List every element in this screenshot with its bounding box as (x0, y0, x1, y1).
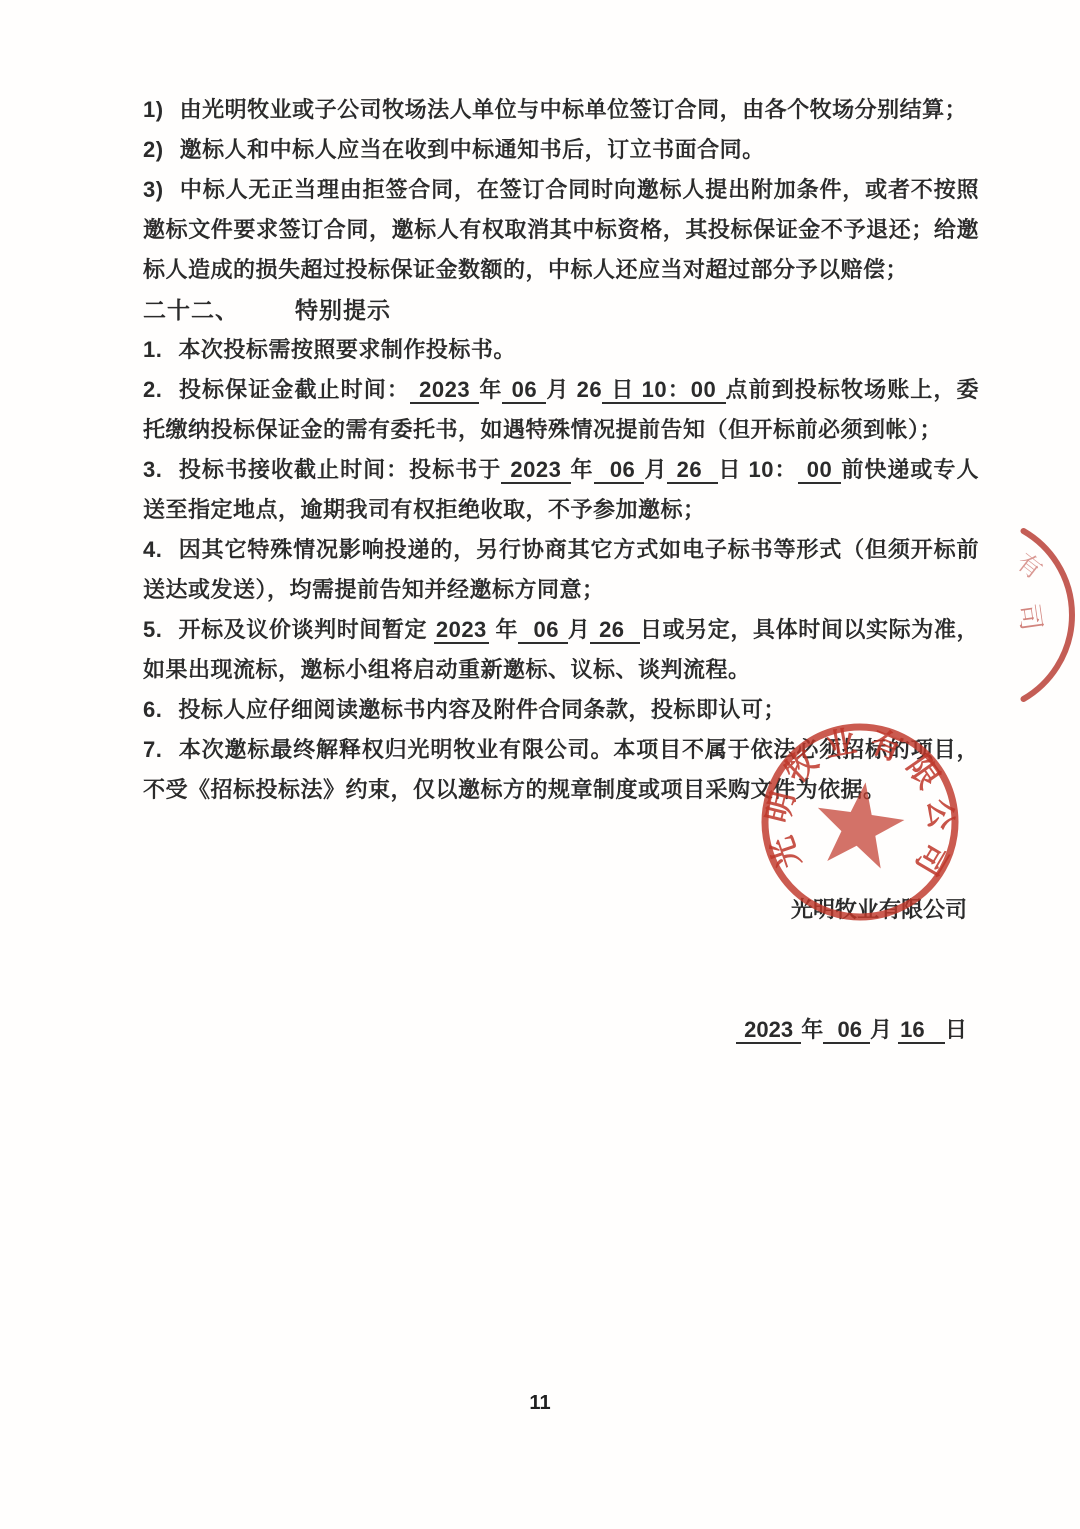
fill-in-blank: 2023 (736, 1017, 801, 1044)
fill-in-blank: 2023 (501, 457, 570, 484)
text-run: 年 (489, 617, 518, 642)
item-number: 3) (143, 177, 164, 202)
list-item: 6.投标人应仔细阅读邀标书内容及附件合同条款，投标即认可； (143, 690, 979, 730)
fill-in-blank: 26 (590, 617, 640, 644)
fill-in-blank: 06 (823, 1017, 870, 1044)
list-item: 3.投标书接收截止时间：投标书于 2023 年 06 月 26 日 10： 00… (143, 450, 979, 530)
special-notes-list: 1.本次投标需按照要求制作投标书。2.投标保证金截止时间： 2023 年 06 … (143, 330, 979, 810)
fill-in-blank: 06 (518, 617, 568, 644)
signature-company: 光明牧业有限公司 (143, 890, 967, 930)
text-run: 日 10： (718, 457, 797, 482)
list-item: 1.本次投标需按照要求制作投标书。 (143, 330, 979, 370)
page-number: 11 (0, 1392, 1080, 1415)
fill-in-blank: 00 (798, 457, 842, 484)
text-run: 开标及议价谈判时间暂定 (178, 617, 433, 642)
text-run: 投标人应仔细阅读邀标书内容及附件合同条款，投标即认可； (178, 697, 786, 722)
text-run: 年 (801, 1017, 823, 1042)
text-run: 月 (644, 457, 667, 482)
list-item: 3)中标人无正当理由拒签合同，在签订合同时向邀标人提出附加条件，或者不按照邀标文… (143, 170, 979, 290)
signature-block: 光明牧业有限公司 2023 年 06 月 16 日 (143, 810, 979, 1130)
text-run: 中标人无正当理由拒签合同，在签订合同时向邀标人提出附加条件，或者不按照邀标文件要… (143, 177, 979, 282)
fill-in-blank: 2023 (434, 617, 489, 644)
section-title: 特别提示 (295, 297, 391, 323)
text-run: 月 26 (546, 377, 602, 402)
fill-in-blank: 2023 (410, 377, 479, 404)
section-heading: 二十二、特别提示 (143, 290, 979, 330)
text-run: 本次投标需按照要求制作投标书。 (178, 337, 516, 362)
item-number: 5. (143, 617, 162, 642)
item-number: 3. (143, 457, 162, 482)
fill-in-blank: 06 (502, 377, 546, 404)
list-item: 7.本次邀标最终解释权归光明牧业有限公司。本项目不属于依法必须招标的项目，不受《… (143, 730, 979, 810)
item-number: 2. (143, 377, 162, 402)
fill-in-blank: 06 (594, 457, 645, 484)
text-run: 日 (945, 1017, 967, 1042)
item-number: 6. (143, 697, 162, 722)
text-run: 本次邀标最终解释权归光明牧业有限公司。本项目不属于依法必须招标的项目，不受《招标… (143, 737, 979, 802)
item-number: 1. (143, 337, 162, 362)
text-run: 邀标人和中标人应当在收到中标通知书后，订立书面合同。 (180, 137, 765, 162)
partial-seal-arc (1024, 531, 1072, 699)
list-item: 5.开标及议价谈判时间暂定 2023 年 06 月 26 日或另定，具体时间以实… (143, 610, 979, 690)
fill-in-blank: 日 10：00 (602, 377, 725, 404)
scanned-document-page: 1)由光明牧业或子公司牧场法人单位与中标单位签订合同，由各个牧场分别结算；2)邀… (0, 0, 1080, 1529)
text-run: 投标书接收截止时间：投标书于 (178, 457, 501, 482)
signature-date: 2023 年 06 月 16 日 (143, 1010, 967, 1050)
list-item: 4.因其它特殊情况影响投递的，另行协商其它方式如电子标书等形式（但须开标前送达或… (143, 530, 979, 610)
text-run: 月 (870, 1017, 898, 1042)
text-run: 由光明牧业或子公司牧场法人单位与中标单位签订合同，由各个牧场分别结算； (180, 97, 968, 122)
fill-in-blank: 16 (898, 1017, 945, 1044)
text-run: 月 (568, 617, 591, 642)
contract-clause-list: 1)由光明牧业或子公司牧场法人单位与中标单位签订合同，由各个牧场分别结算；2)邀… (143, 90, 979, 290)
list-item: 2.投标保证金截止时间： 2023 年 06 月 26 日 10：00 点前到投… (143, 370, 979, 450)
list-item: 1)由光明牧业或子公司牧场法人单位与中标单位签订合同，由各个牧场分别结算； (143, 90, 979, 130)
document-body: 1)由光明牧业或子公司牧场法人单位与中标单位签订合同，由各个牧场分别结算；2)邀… (143, 90, 979, 1130)
item-number: 1) (143, 97, 164, 122)
section-number: 二十二、 (143, 297, 239, 323)
partial-seal-char: 有 (1011, 548, 1047, 584)
item-number: 2) (143, 137, 164, 162)
text-run: 年 (479, 377, 502, 402)
partial-seal-char: 司 (1013, 602, 1046, 633)
list-item: 2)邀标人和中标人应当在收到中标通知书后，订立书面合同。 (143, 130, 979, 170)
item-number: 4. (143, 537, 162, 562)
text-run: 因其它特殊情况影响投递的，另行协商其它方式如电子标书等形式（但须开标前送达或发送… (143, 537, 979, 602)
fill-in-blank: 26 (667, 457, 718, 484)
text-run: 年 (571, 457, 594, 482)
text-run: 投标保证金截止时间： (178, 377, 410, 402)
item-number: 7. (143, 737, 162, 762)
